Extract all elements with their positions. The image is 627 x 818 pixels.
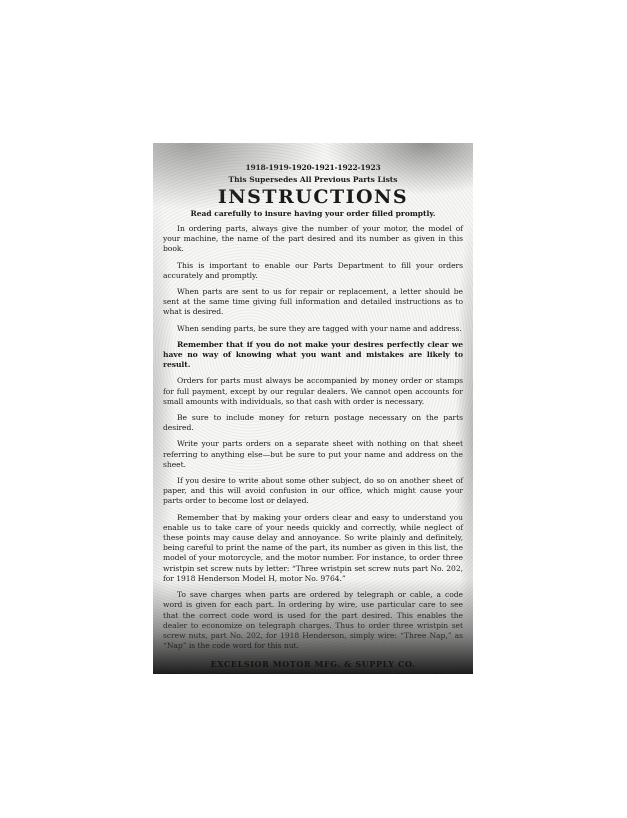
instruction-paragraph: Orders for parts must always be accompan… [163,376,463,407]
company-address: 3701 Cortland Street [163,672,250,674]
company-name: EXCELSIOR MOTOR MFG. & SUPPLY CO. [163,659,463,669]
years-heading: 1918-1919-1920-1921-1922-1923 [163,163,463,172]
document-content: 1918-1919-1920-1921-1922-1923 This Super… [163,163,463,674]
instruction-paragraph: If you desire to write about some other … [163,476,463,507]
company-footer: 3701 Cortland Street Chicago, Illinois [163,672,463,674]
instruction-paragraph: When parts are sent to us for repair or … [163,287,463,318]
instruction-paragraph: Remember that if you do not make your de… [163,340,463,371]
company-city: Chicago, Illinois [395,672,463,674]
instruction-paragraph: To save charges when parts are ordered b… [163,590,463,651]
document-page: 1918-1919-1920-1921-1922-1923 This Super… [153,143,473,674]
instruction-paragraph: Be sure to include money for return post… [163,413,463,433]
instruction-paragraph: This is important to enable our Parts De… [163,261,463,281]
page-title: INSTRUCTIONS [163,187,463,208]
instructions-body: In ordering parts, always give the numbe… [163,224,463,651]
instruction-paragraph: Write your parts orders on a separate sh… [163,439,463,470]
supersedes-note: This Supersedes All Previous Parts Lists [163,175,463,184]
page-subtitle: Read carefully to insure having your ord… [163,209,463,218]
instruction-paragraph: In ordering parts, always give the numbe… [163,224,463,255]
instruction-paragraph: When sending parts, be sure they are tag… [163,324,463,334]
instruction-paragraph: Remember that by making your orders clea… [163,513,463,584]
